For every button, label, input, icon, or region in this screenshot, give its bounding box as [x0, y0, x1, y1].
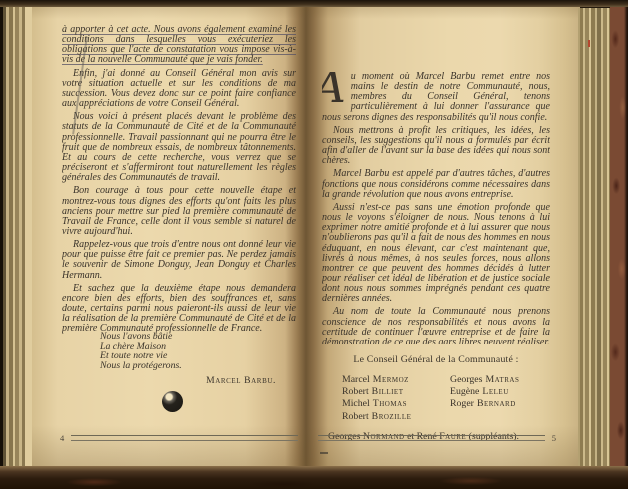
lead-paragraph: Au moment où Marcel Barbu remet entre no… [322, 72, 550, 123]
paragraph: Et sachez que la deuxième étape nous dem… [62, 284, 296, 335]
right-page-footer: 5 [318, 433, 556, 443]
left-page-footer: 4 [60, 433, 298, 443]
paragraph: Au nom de toute la Communauté nous preno… [322, 307, 550, 344]
council-member: EugèneLeleu [450, 386, 519, 398]
left-page-text: à apporter à cet acte. Nous avons égalem… [62, 25, 296, 337]
right-page-text: Au moment où Marcel Barbu remet entre no… [322, 72, 550, 344]
right-page-edges [578, 8, 612, 466]
council-member: RobertBilliet [342, 386, 450, 398]
page-number-right: 5 [552, 433, 556, 443]
council-member: GeorgesMatras [450, 374, 519, 386]
red-edge-mark [588, 40, 590, 47]
paragraph: à apporter à cet acte. Nous avons égalem… [62, 25, 296, 66]
council-section: Le Conseil Général de la Communauté : Ma… [322, 354, 550, 442]
paragraph: Enfin, j'ai donné au Conseil Général mon… [62, 69, 296, 110]
book-spread-photo: à apporter à cet acte. Nous avons égalem… [0, 0, 628, 489]
lead-paragraph-text: u moment où Marcel Barbu remet entre nos… [322, 72, 550, 123]
paragraph: Nous voici à présent placés devant le pr… [62, 112, 296, 183]
paragraph: Marcel Barbu est appelé par d'autres tâc… [322, 169, 550, 199]
council-member: MarcelMermoz [342, 374, 450, 386]
author-signature: Marcel Barbu. [150, 375, 276, 386]
council-column-left: MarcelMermoz RobertBilliet MichelThomas … [342, 374, 450, 423]
council-name-columns: MarcelMermoz RobertBilliet MichelThomas … [322, 374, 550, 423]
drop-cap-letter: A [322, 73, 346, 103]
council-member: RogerBernard [450, 398, 519, 410]
council-member: MichelThomas [342, 398, 450, 410]
footer-rule [318, 435, 545, 441]
ball-ornament-icon [162, 391, 183, 412]
council-heading: Le Conseil Général de la Communauté : [322, 354, 550, 365]
poem-line: Nous la protégerons. [100, 361, 182, 371]
paragraph: Rappelez-vous que trois d'entre nous ont… [62, 240, 296, 281]
book-top-edge [0, 0, 628, 7]
council-column-right: GeorgesMatras EugèneLeleu RogerBernard [450, 374, 519, 423]
council-member: RobertBrozille [342, 411, 450, 423]
book-cover-edge [610, 0, 628, 489]
paragraph: Aussi n'est-ce pas sans une émotion prof… [322, 203, 550, 305]
paragraph: Nous mettrons à profit les critiques, le… [322, 126, 550, 167]
paragraph: Bon courage à tous pour cette nouvelle é… [62, 186, 296, 237]
page-number-left: 4 [60, 433, 64, 443]
left-page-edges [0, 3, 32, 471]
book-bottom-edge [0, 466, 628, 489]
poem-block: Nous l'avons bâtie La chère Maison Et to… [100, 332, 182, 371]
footer-rule [71, 435, 298, 441]
pencil-dash-mark [320, 452, 328, 454]
